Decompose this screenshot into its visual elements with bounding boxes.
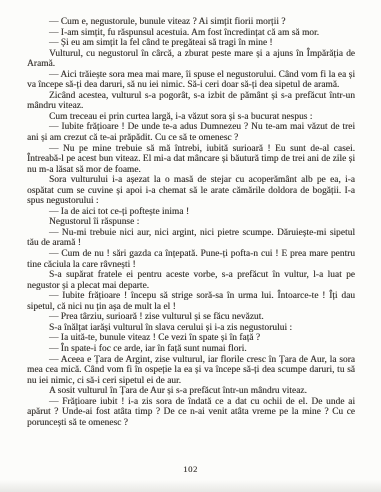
paragraph: — I-am simțit, fu răspunsul acestuia. Am… [27, 28, 355, 39]
paragraph: — Nu pe mine trebuie să mă întrebi, iubi… [27, 144, 355, 176]
paragraph: Sora vulturului i-a așezat la o masă de … [27, 175, 355, 207]
paragraph: — Iubite frățioare ! începu să strige so… [27, 291, 355, 312]
paragraph: — Aceea e Țara de Argint, zise vulturul,… [27, 355, 355, 387]
paragraph: Cum treceau ei prin curtea largă, i-a vă… [27, 112, 355, 123]
paragraph: — Cum e, negustorule, bunule viteaz ? Ai… [27, 17, 355, 28]
page-text: — Cum e, negustorule, bunule viteaz ? Ai… [27, 17, 355, 428]
paragraph: — Și eu am simțit la fel când te pregăte… [27, 38, 355, 49]
scan-shadow-bottom [0, 480, 381, 492]
paragraph: — Prea târziu, surioară ! zise vulturul … [27, 312, 355, 323]
paragraph: Vulturul, cu negustorul în cârcă, a zbur… [27, 49, 355, 70]
paragraph: — În spate-i foc ce arde, iar în față su… [27, 344, 355, 355]
paragraph: — Ia uită-te, bunule viteaz ! Ce vezi în… [27, 333, 355, 344]
paragraph: A sosit vulturul în Țara de Aur și s-a p… [27, 386, 355, 397]
paragraph: — Nu-mi trebuie nici aur, nici argint, n… [27, 228, 355, 249]
paragraph: S-a înălțat iarăși vulturul în slava cer… [27, 323, 355, 334]
paragraph: S-a supărat fratele ei pentru aceste vor… [27, 270, 355, 291]
book-page: — Cum e, negustorule, bunule viteaz ? Ai… [0, 0, 381, 492]
paragraph: — Ia de aici tot ce-ți poftește inima ! [27, 207, 355, 218]
paragraph: Negustorul îi răspunse : [27, 217, 355, 228]
page-number: 102 [0, 464, 381, 474]
paragraph: Zicând acestea, vulturul s-a pogorât, s-… [27, 91, 355, 112]
paragraph: — Aici trăiește sora mea mai mare, îi sp… [27, 70, 355, 91]
paragraph: — Cum de nu ! sări gazda ca înțepată. Pu… [27, 249, 355, 270]
paragraph: — Iubite frățioare ! De unde te-a adus D… [27, 122, 355, 143]
paragraph: — Frățioare iubit ! i-a zis sora de înda… [27, 397, 355, 429]
